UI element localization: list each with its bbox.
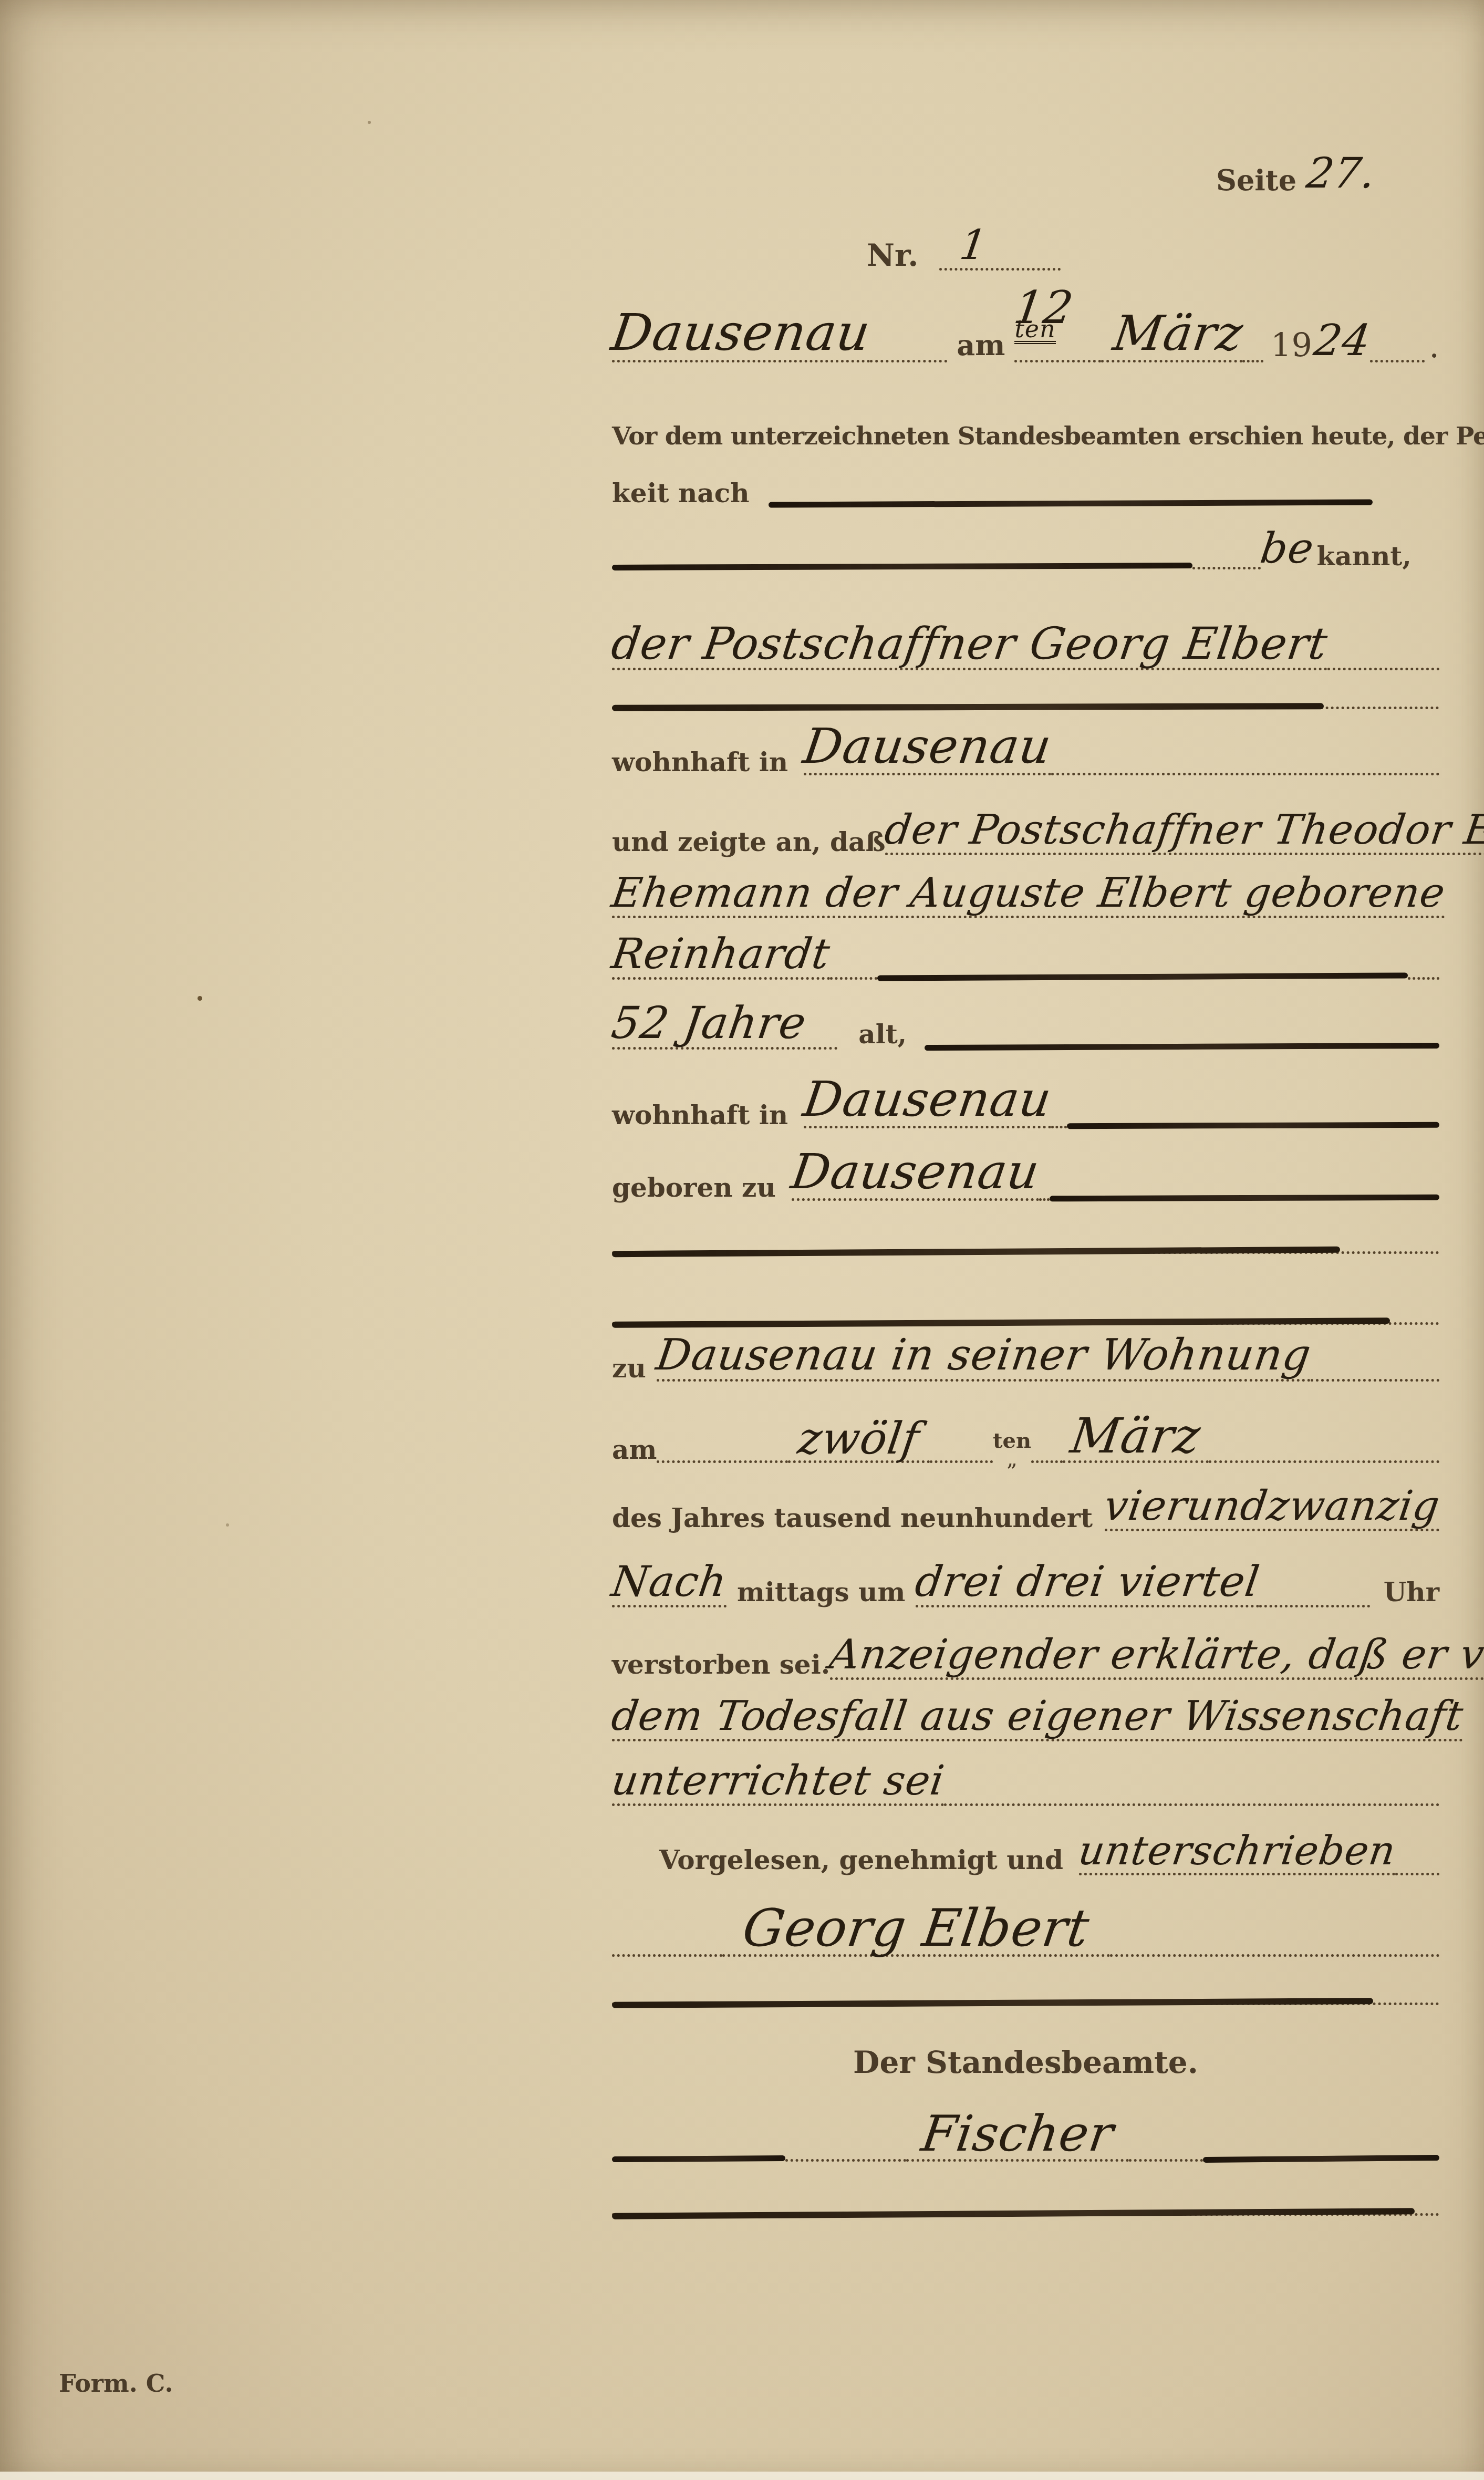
bekannt-prefix: be [1258, 527, 1316, 569]
struck-rule [612, 1242, 1439, 1254]
registrar-signature-field: Fischer [906, 2110, 1129, 2162]
dotted-fill [1370, 360, 1425, 362]
form-label: Form. C. [59, 2371, 173, 2395]
page-label: Seite [1216, 166, 1296, 194]
dotted-fill [1192, 567, 1261, 569]
dotted-fill [785, 2159, 906, 2162]
declarant-line: der Postschaffner Georg Elbert [612, 587, 1439, 670]
dotted-fill [612, 1954, 722, 1957]
age-field: 52 Jahre [612, 1001, 837, 1050]
declarant-signature: Georg Elbert [740, 1903, 1093, 1954]
residence1-value: Dausenau [801, 722, 1055, 771]
dateline-year-written: 24 [1311, 319, 1373, 362]
ink-strikeout [612, 2208, 1415, 2219]
birthplace-line: geboren zu Dausenau [612, 1118, 1439, 1201]
dateline-day-field: 12ten [1014, 285, 1101, 362]
residence2-value: Dausenau [801, 1075, 1055, 1124]
struck-rule [612, 2204, 1439, 2216]
dateline-day-suffix: ten [1014, 317, 1055, 344]
declarant-signature-line: Georg Elbert [612, 1862, 1439, 1957]
page-number: 27. [1304, 152, 1378, 194]
record-number-field: 1 [939, 225, 1061, 271]
death-place-value: Dausenau in seiner Wohnung [653, 1334, 1314, 1377]
residence1-label: wohnhaft in [612, 749, 788, 775]
birthplace-value: Dausenau [788, 1148, 1042, 1196]
death-place-field: Dausenau in seiner Wohnung [657, 1334, 1311, 1382]
birthplace-field: Dausenau [792, 1148, 1039, 1201]
bekannt-label: kannt, [1317, 543, 1412, 569]
scan-edge-strip [0, 2472, 1484, 2480]
record-number-block: Nr. 1 [867, 202, 1114, 271]
record-number-value: 1 [958, 225, 990, 266]
dateline-am-label: am [957, 331, 1005, 359]
paper-speck [198, 996, 202, 1001]
dateline-year-printed: 19 [1271, 329, 1312, 361]
residence1-field: Dausenau [804, 722, 1051, 775]
dateline-month: März [1110, 309, 1246, 358]
ink-strikeout [612, 1998, 1373, 2008]
paper-speck [226, 1523, 229, 1527]
age-label: alt, [858, 1021, 907, 1047]
residence1-line: wohnhaft in Dausenau [612, 692, 1439, 775]
ink-strikeout [612, 2155, 785, 2162]
declarant-signature-field: Georg Elbert [722, 1903, 1110, 1957]
dateline-place-field: Dausenau [612, 307, 870, 362]
scanned-death-record: { "colors": { "paper": "#ddcfae", "paper… [0, 0, 1484, 2480]
death-time-value: drei drei viertel [913, 1561, 1262, 1603]
dotted-fill [1110, 1954, 1439, 1957]
dateline-month-field: März [1101, 309, 1243, 362]
intro-line-2: keit nach [612, 436, 1439, 506]
struck-rule [612, 1994, 1439, 2005]
ink-strikeout [1203, 2155, 1439, 2163]
document-page: Seite 27. Nr. 1 Dausenau am 12ten März 1… [0, 0, 1484, 2480]
death-year-value: vierundzwanzig [1102, 1486, 1442, 1527]
declarant-name: der Postschaffner Georg Elbert [609, 621, 1330, 666]
dotted-fill [1039, 1198, 1050, 1201]
residence2-line: wohnhaft in Dausenau [612, 1045, 1439, 1128]
dateline: Dausenau am 12ten März 19 24 . [612, 273, 1439, 362]
dotted-fill [1129, 2159, 1203, 2162]
ink-strikeout [612, 1247, 1340, 1257]
death-time-line: Nach mittags um drei drei viertel Uhr [612, 1524, 1439, 1607]
dotted-fill [1242, 360, 1263, 362]
birthplace-label: geboren zu [612, 1175, 776, 1201]
death-time-prefix: Nach [609, 1561, 729, 1603]
death-place-line: zu Dausenau in seiner Wohnung [612, 1299, 1439, 1382]
dotted-fill [1327, 668, 1439, 670]
registrar-signature: Fischer [918, 2110, 1116, 2159]
dateline-place: Dausenau [608, 307, 873, 358]
record-number-label: Nr. [867, 240, 918, 271]
page-number-block: Seite 27. [1216, 144, 1389, 194]
paper-speck [368, 121, 371, 124]
registrar-signature-line: Fischer [612, 2067, 1439, 2162]
dateline-period: . [1429, 330, 1439, 362]
age-value: 52 Jahre [609, 1001, 809, 1045]
bekannt-line: be kannt, [612, 499, 1439, 569]
death-year-line: des Jahres tausend neunhundert vierundzw… [612, 1448, 1439, 1531]
declarant-field: der Postschaffner Georg Elbert [612, 621, 1327, 670]
dotted-fill [870, 360, 947, 362]
ink-strikeout [1050, 1195, 1439, 1202]
ink-strikeout [612, 563, 1192, 570]
death-place-label: zu [612, 1355, 646, 1382]
form-identifier: Form. C. [59, 2364, 269, 2395]
age-line: 52 Jahre alt, [612, 967, 1439, 1050]
